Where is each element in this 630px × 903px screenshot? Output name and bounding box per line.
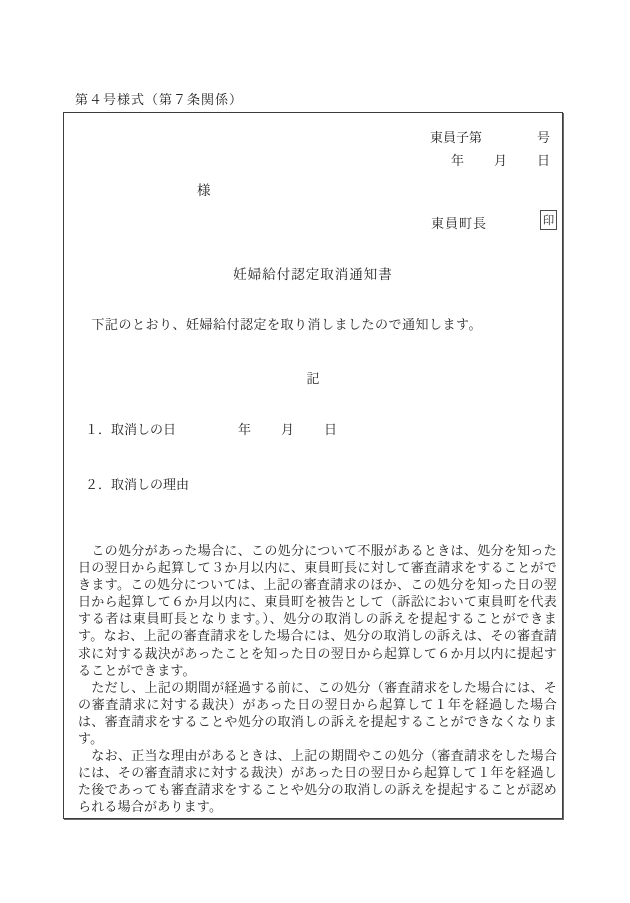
document-page: 第４号様式（第７条関係） 東員子第 号 年 月 日 様 東員町長 印 妊婦給付認… [0, 0, 630, 903]
intro-sentence: 下記のとおり、妊婦給付認定を取り消しましたので通知します。 [78, 314, 482, 333]
seal-placeholder-box: 印 [540, 210, 557, 230]
cancellation-date-year-label: 年 [238, 419, 251, 438]
cancellation-date-label: １．取消しの日 [85, 419, 176, 438]
issue-date-line: 年 月 日 [451, 150, 550, 169]
cancellation-date-month-label: 月 [281, 419, 294, 438]
form-border-box: 東員子第 号 年 月 日 様 東員町長 印 妊婦給付認定取消通知書 下記のとおり… [63, 112, 563, 819]
doc-number-line: 東員子第 号 [430, 127, 550, 146]
issue-date-year-label: 年 [451, 150, 464, 169]
appeal-notice-paragraph-1: この処分があった場合に、この処分について不服があるときは、処分を知った日の翌日か… [78, 542, 557, 679]
cancellation-date-fields: 年 月 日 [238, 419, 337, 438]
appeal-notice-block: この処分があった場合に、この処分について不服があるときは、処分を知った日の翌日か… [78, 542, 557, 816]
cancellation-reason-label: ２．取消しの理由 [85, 474, 189, 493]
addressee-honorific: 様 [197, 179, 211, 199]
issue-date-month-label: 月 [494, 150, 507, 169]
appeal-notice-paragraph-3: なお、正当な理由があるときは、上記の期間やこの処分（審査請求をした場合には、その… [78, 747, 557, 815]
appeal-notice-paragraph-2: ただし、上記の期間が経過する前に、この処分（審査請求をした場合には、その審査請求… [78, 679, 557, 747]
document-title: 妊婦給付認定取消通知書 [64, 263, 562, 283]
doc-number-suffix: 号 [537, 127, 550, 146]
record-marker: 記 [64, 368, 562, 387]
cancellation-reason-row: ２．取消しの理由 [85, 474, 189, 493]
form-style-label: 第４号様式（第７条関係） [75, 89, 243, 108]
issuer-name: 東員町長 [431, 213, 487, 232]
doc-number-prefix: 東員子第 [430, 127, 482, 146]
issue-date-day-label: 日 [537, 150, 550, 169]
cancellation-date-day-label: 日 [324, 419, 337, 438]
cancellation-date-row: １．取消しの日 年 月 日 [85, 419, 337, 438]
